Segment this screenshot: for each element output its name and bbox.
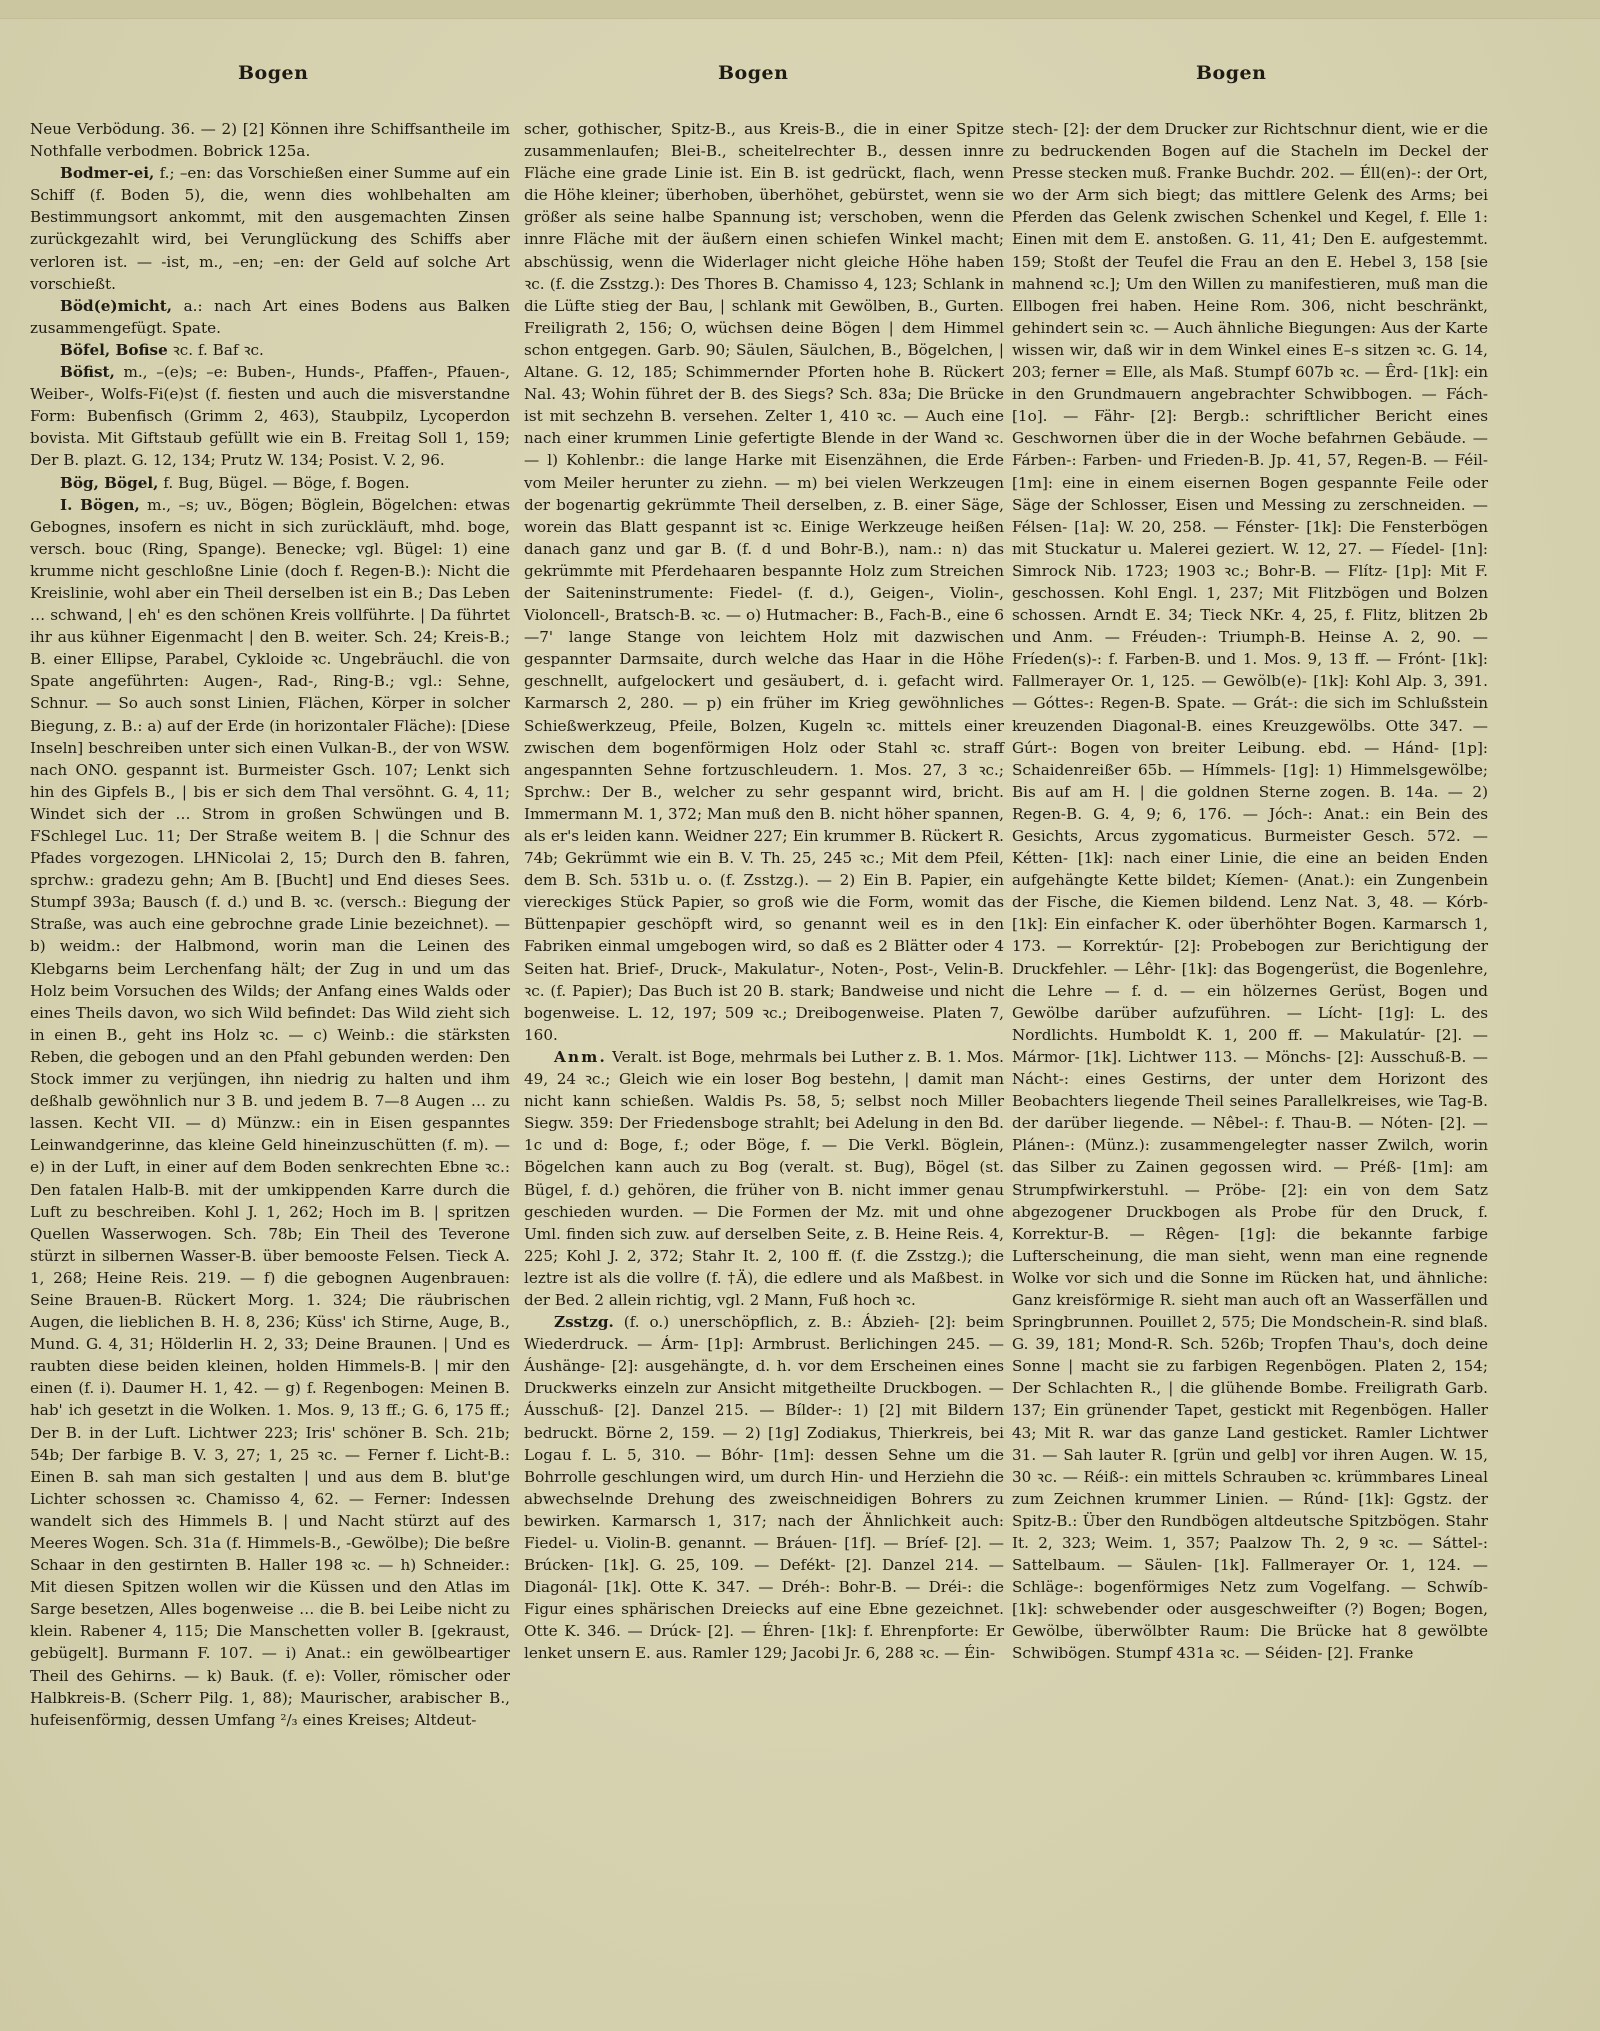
dictionary-entry: Böfel, Bofise ꝛc. f. Baf ꝛc. — [30, 339, 510, 361]
page-top-edge — [0, 0, 1600, 19]
paragraph-text: Neue Verbödung. 36. — 2) [2] Können ihre… — [30, 120, 510, 160]
dictionary-entry: Bög, Bögel, f. Bug, Bügel. — Böge, f. Bo… — [30, 472, 510, 494]
paragraph-continuation: scher, gothischer, Spitz-B., aus Kreis-B… — [524, 118, 1004, 1046]
entry-text: (f. o.) unerschöpflich, z. B.: Ábzieh- [… — [524, 1313, 1004, 1662]
entry-text: m., –s; uv., Bögen; Böglein, Bögelchen: … — [30, 496, 510, 1729]
running-head-right: Bogen — [1196, 62, 1266, 84]
paragraph-continuation: Neue Verbödung. 36. — 2) [2] Können ihre… — [30, 118, 510, 162]
entry-text: f. Bug, Bügel. — Böge, f. Bogen. — [158, 474, 409, 492]
paragraph-text: stech- [2]: der dem Drucker zur Richtsch… — [1012, 120, 1488, 1662]
dictionary-entry: Zsstzg. (f. o.) unerschöpflich, z. B.: Á… — [524, 1311, 1004, 1665]
entry-lemma: Anm. — [554, 1048, 607, 1066]
running-head-left: Bogen — [238, 62, 308, 84]
running-head: Bogen Bogen Bogen — [0, 62, 1600, 102]
entry-text: f.; –en: das Vorschießen einer Summe auf… — [30, 164, 510, 292]
dictionary-entry: I. Bögen, m., –s; uv., Bögen; Böglein, B… — [30, 494, 510, 1731]
entry-lemma: Zsstzg. — [554, 1313, 614, 1331]
column-1: Neue Verbödung. 36. — 2) [2] Können ihre… — [30, 118, 510, 1731]
entry-lemma: Böfist, — [60, 363, 115, 381]
running-head-middle: Bogen — [718, 62, 788, 84]
paragraph-continuation: stech- [2]: der dem Drucker zur Richtsch… — [1012, 118, 1488, 1665]
entry-lemma: Bög, Bögel, — [60, 474, 158, 492]
entry-text: Veralt. ist Boge, mehrmals bei Luther z.… — [524, 1048, 1004, 1309]
dictionary-entry: Bodmer-ei, f.; –en: das Vorschießen eine… — [30, 162, 510, 295]
paragraph-text: scher, gothischer, Spitz-B., aus Kreis-B… — [524, 120, 1004, 1044]
entry-text: ꝛc. f. Baf ꝛc. — [168, 341, 264, 359]
dictionary-entry: Böd(e)micht, a.: nach Art eines Bodens a… — [30, 295, 510, 339]
entry-lemma: I. Bögen, — [60, 496, 140, 514]
column-3: stech- [2]: der dem Drucker zur Richtsch… — [1012, 118, 1488, 1665]
dictionary-entry: Böfist, m., –(e)s; –e: Buben-, Hunds-, P… — [30, 361, 510, 471]
entry-lemma: Bodmer-ei, — [60, 164, 154, 182]
dictionary-entry: Anm. Veralt. ist Boge, mehrmals bei Luth… — [524, 1046, 1004, 1311]
column-2: scher, gothischer, Spitz-B., aus Kreis-B… — [524, 118, 1004, 1665]
entry-lemma: Böfel, Bofise — [60, 341, 168, 359]
entry-lemma: Böd(e)micht, — [60, 297, 172, 315]
